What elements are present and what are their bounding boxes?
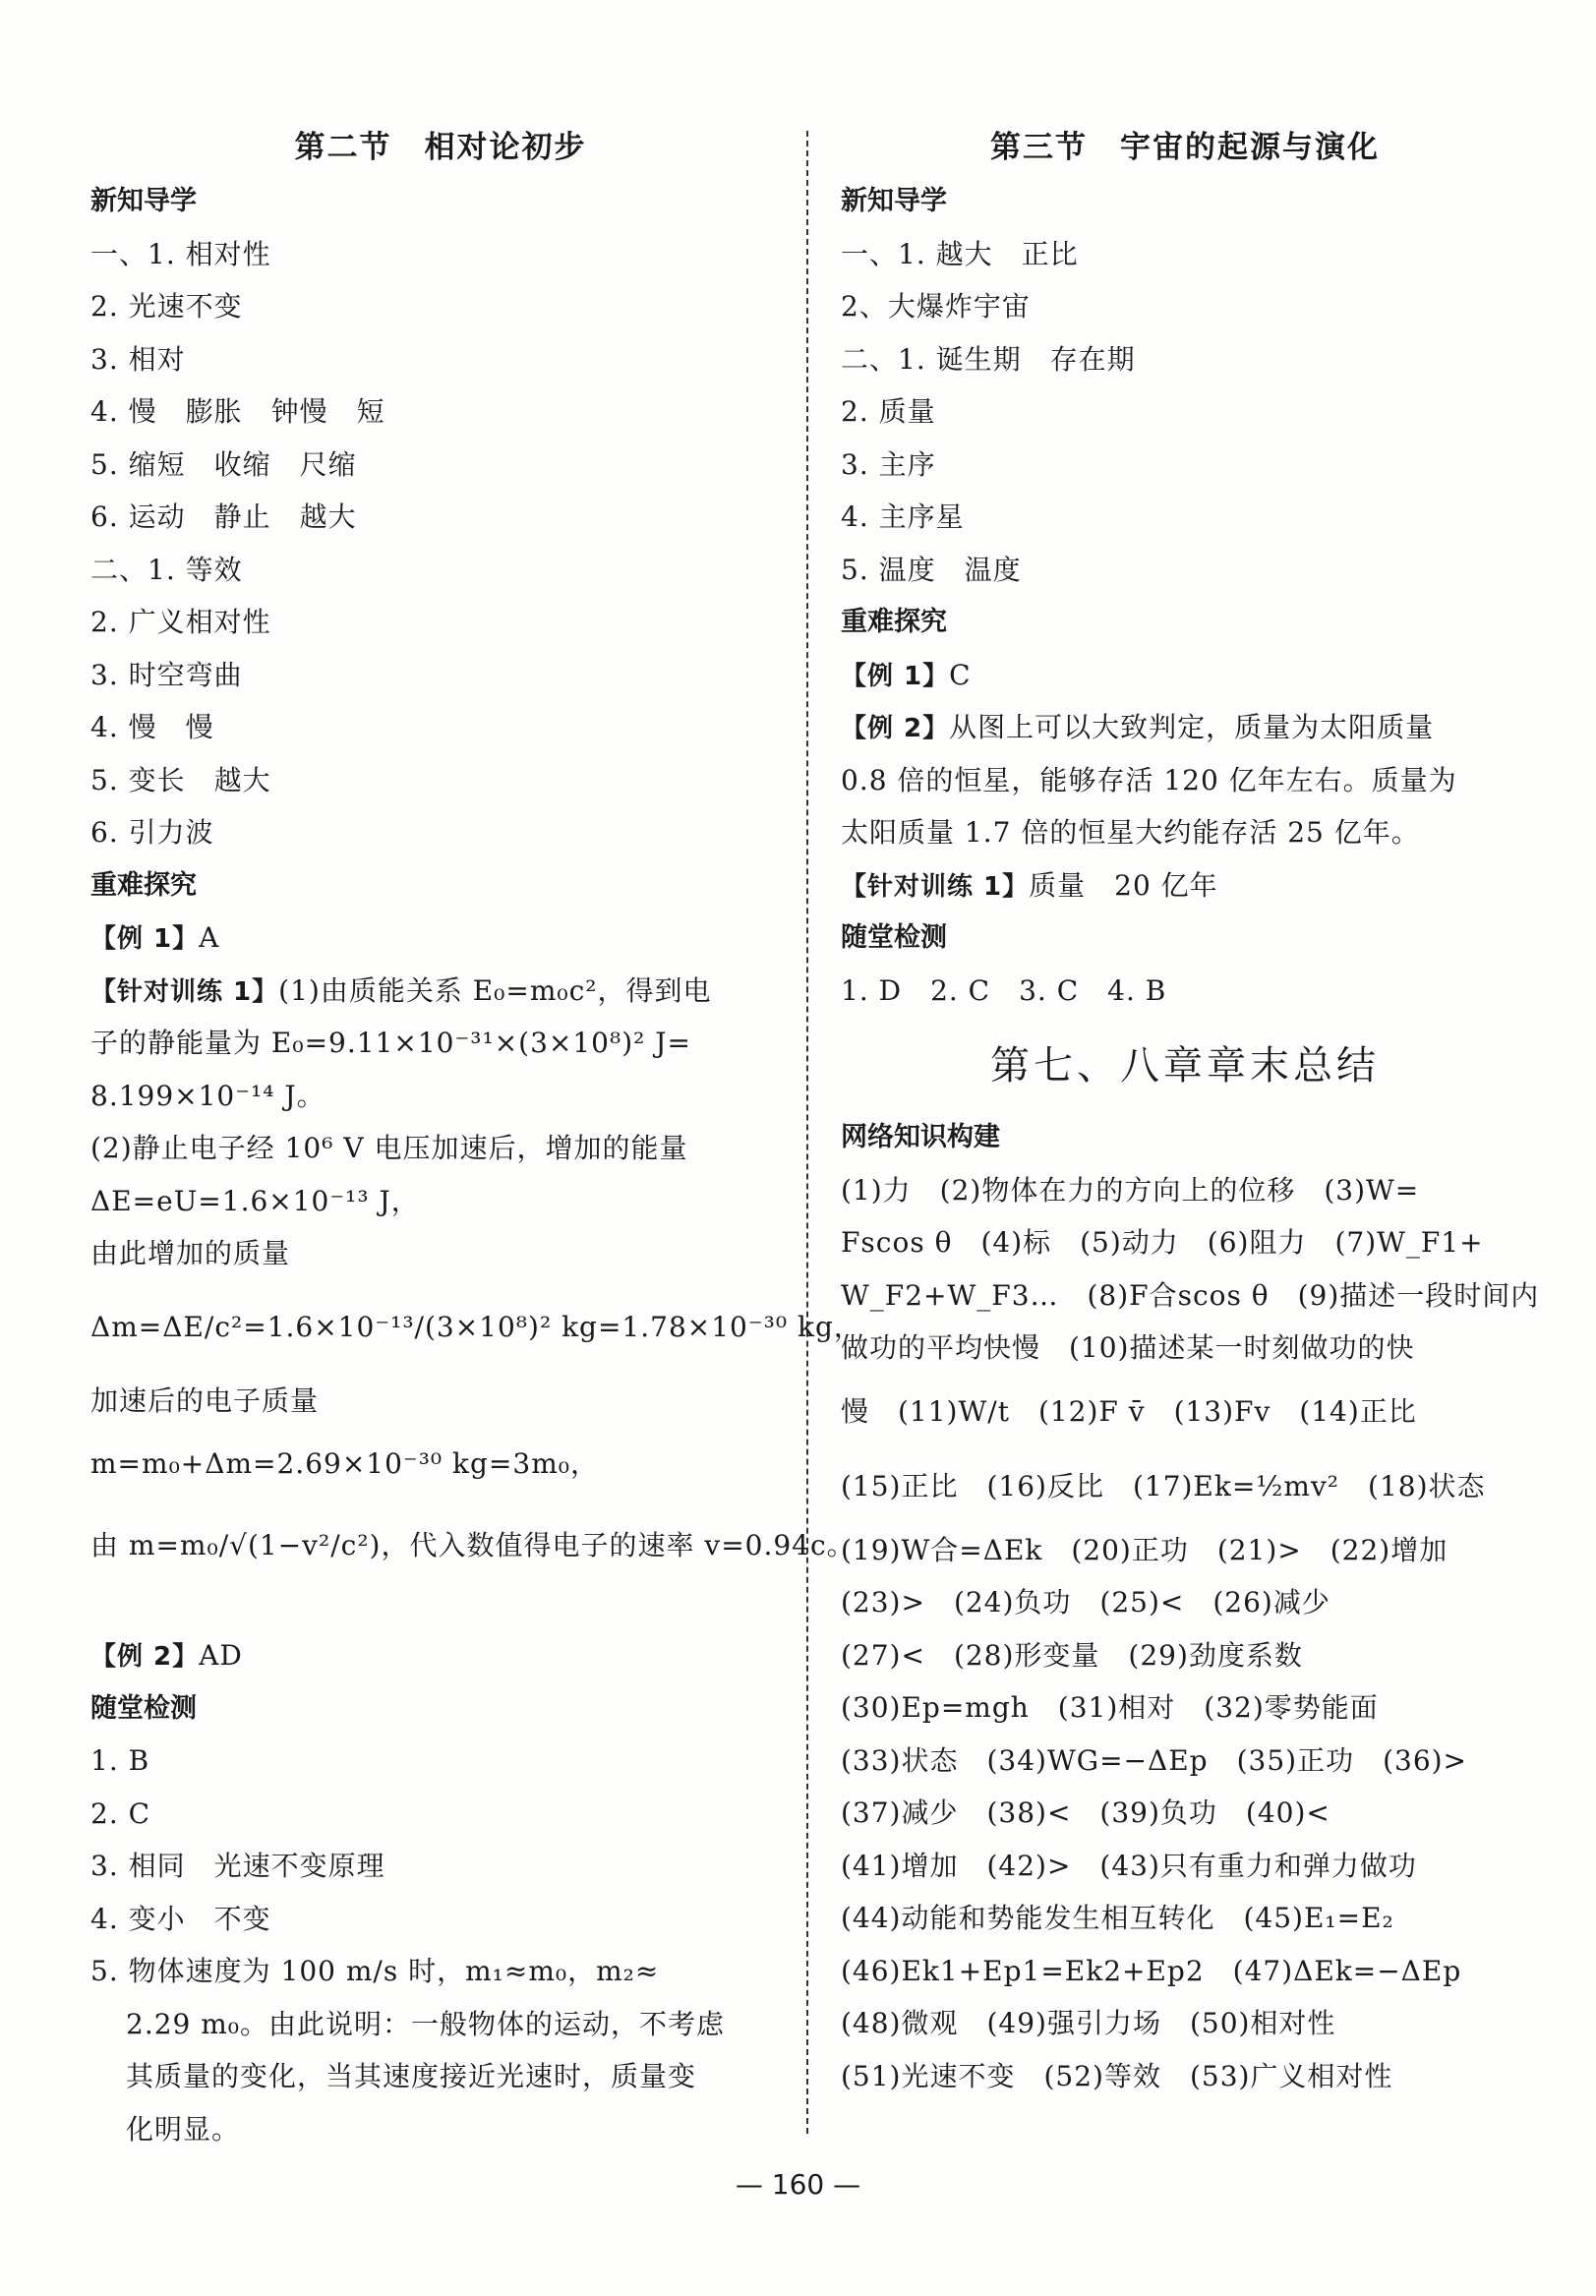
answer-line: 二、1. 等效	[90, 544, 791, 597]
network-line: (46)Ek1+Ep1=Ek2+Ep2 (47)ΔEk=−ΔEp	[841, 1945, 1529, 1998]
answer-line: 2. 广义相对性	[90, 596, 791, 649]
page-number: — 160 —	[0, 2168, 1596, 2201]
network-line: (19)W合=ΔEk (20)正功 (21)> (22)增加	[841, 1524, 1529, 1577]
quiz-answer-5-cont: 2.29 m₀。由此说明：一般物体的运动，不考虑	[90, 1998, 791, 2051]
network-line: Fscos θ (4)标 (5)动力 (6)阻力 (7)W_F1+	[841, 1216, 1529, 1269]
answer-line: 一、1. 越大 正比	[841, 228, 1529, 281]
quiz-answer-5-cont: 其质量的变化，当其速度接近光速时，质量变	[90, 2050, 791, 2103]
example-tag: 【例 1】	[841, 662, 949, 691]
answer-line: 3. 主序	[841, 439, 1529, 492]
answer-line: 5. 变长 越大	[90, 754, 791, 807]
network-line: (48)微观 (49)强引力场 (50)相对性	[841, 1997, 1529, 2050]
example-tag: 【例 2】	[841, 714, 949, 743]
chapter-title: 第七、八章章末总结	[841, 1017, 1529, 1097]
example-2: 【例 2】从图上可以大致判定，质量为太阳质量	[841, 701, 1529, 754]
quiz-answers: 1. D 2. C 3. C 4. B	[841, 965, 1529, 1018]
training-tag: 【针对训练 1】	[841, 872, 1029, 902]
answer-line: 6. 引力波	[90, 806, 791, 859]
example-text: 0.8 倍的恒星，能够存活 120 亿年左右。质量为	[841, 754, 1529, 807]
example-1: 【例 1】C	[841, 649, 1529, 702]
network-line: (33)状态 (34)WG=−ΔEp (35)正功 (36)>	[841, 1735, 1529, 1788]
training-text: 8.199×10⁻¹⁴ J。	[90, 1070, 791, 1123]
answer-line: 5. 温度 温度	[841, 544, 1529, 597]
network-line: (41)增加 (42)> (43)只有重力和弹力做功	[841, 1840, 1529, 1893]
heading-zhongnan: 重难探究	[841, 596, 1529, 649]
formula-velocity: 由 m=m₀/√(1−v²/c²)，代入数值得电子的速率 v=0.94c。	[90, 1501, 791, 1629]
answer-line: 3. 时空弯曲	[90, 649, 791, 702]
network-line: (15)正比 (16)反比 (17)Ek=½mv² (18)状态	[841, 1449, 1529, 1524]
network-line: (30)Ep=mgh (31)相对 (32)零势能面	[841, 1681, 1529, 1735]
network-line: (51)光速不变 (52)等效 (53)广义相对性	[841, 2050, 1529, 2103]
heading-xinzhi: 新知导学	[90, 175, 791, 228]
heading-suitang: 随堂检测	[90, 1682, 791, 1736]
training-text: 由此增加的质量	[90, 1227, 791, 1280]
quiz-answer: 4. 变小 不变	[90, 1893, 791, 1946]
answer-line: 4. 主序星	[841, 491, 1529, 544]
answer-line: 3. 相对	[90, 333, 791, 386]
quiz-answer: 3. 相同 光速不变原理	[90, 1840, 791, 1893]
quiz-answer-5: 5. 物体速度为 100 m/s 时，m₁≈m₀，m₂≈	[90, 1945, 791, 1998]
heading-suitang: 随堂检测	[841, 912, 1529, 965]
training-text: (2)静止电子经 10⁶ V 电压加速后，增加的能量	[90, 1122, 791, 1175]
training-tag: 【针对训练 1】	[90, 977, 278, 1007]
answer-line: 6. 运动 静止 越大	[90, 491, 791, 544]
answer-line: 2. 光速不变	[90, 280, 791, 333]
section-title: 第三节 宇宙的起源与演化	[841, 120, 1529, 175]
answer-line: 4. 慢 慢	[90, 701, 791, 754]
answer-line: 一、1. 相对性	[90, 228, 791, 281]
training-1: 【针对训练 1】质量 20 亿年	[841, 859, 1529, 913]
column-divider	[806, 131, 808, 2134]
network-line: (23)> (24)负功 (25)< (26)减少	[841, 1576, 1529, 1629]
training-text: 加速后的电子质量	[90, 1375, 791, 1428]
heading-zhongnan: 重难探究	[90, 859, 791, 913]
network-line: (1)力 (2)物体在力的方向上的位移 (3)W=	[841, 1164, 1529, 1217]
training-1-line: 【针对训练 1】(1)由质能关系 E₀=m₀c²，得到电	[90, 965, 791, 1018]
network-line: 慢 (11)W/t (12)F v̄ (13)Fv (14)正比	[841, 1375, 1529, 1449]
network-line: W_F2+W_F3… (8)F合scos θ (9)描述一段时间内	[841, 1269, 1529, 1323]
example-tag: 【例 2】	[90, 1642, 199, 1672]
network-line: (44)动能和势能发生相互转化 (45)E₁=E₂	[841, 1892, 1529, 1945]
example-answer: C	[949, 659, 971, 691]
right-column: 第三节 宇宙的起源与演化 新知导学 一、1. 越大 正比 2、大爆炸宇宙 二、1…	[841, 120, 1529, 2102]
network-line: (27)< (28)形变量 (29)劲度系数	[841, 1629, 1529, 1682]
training-text: (1)由质能关系 E₀=m₀c²，得到电	[278, 974, 711, 1007]
answer-line: 二、1. 诞生期 存在期	[841, 333, 1529, 386]
heading-network: 网络知识构建	[841, 1111, 1529, 1164]
answer-line: 2、大爆炸宇宙	[841, 280, 1529, 333]
answer-line: 5. 缩短 收缩 尺缩	[90, 439, 791, 492]
formula-mass: m=m₀+Δm=2.69×10⁻³⁰ kg=3m₀，	[90, 1427, 791, 1501]
example-2: 【例 2】AD	[90, 1629, 791, 1682]
example-1: 【例 1】A	[90, 912, 791, 965]
heading-xinzhi: 新知导学	[841, 175, 1529, 228]
formula-delta-m: Δm=ΔE/c²=1.6×10⁻¹³/(3×10⁸)² kg=1.78×10⁻³…	[90, 1280, 791, 1375]
example-answer: AD	[199, 1639, 243, 1672]
example-answer: A	[199, 921, 219, 954]
training-text: 子的静能量为 E₀=9.11×10⁻³¹×(3×10⁸)² J=	[90, 1017, 791, 1070]
example-text: 从图上可以大致判定，质量为太阳质量	[949, 711, 1434, 743]
example-tag: 【例 1】	[90, 924, 199, 954]
left-column: 第二节 相对论初步 新知导学 一、1. 相对性 2. 光速不变 3. 相对 4.…	[90, 120, 791, 2155]
section-title: 第二节 相对论初步	[90, 120, 791, 175]
answer-line: 2. 质量	[841, 385, 1529, 439]
quiz-answer: 2. C	[90, 1788, 791, 1841]
network-line: (37)减少 (38)< (39)负功 (40)<	[841, 1787, 1529, 1840]
quiz-answer: 1. B	[90, 1735, 791, 1788]
quiz-answer-5-cont: 化明显。	[90, 2103, 791, 2156]
example-text: 太阳质量 1.7 倍的恒星大约能存活 25 亿年。	[841, 806, 1529, 859]
training-text: ΔE=eU=1.6×10⁻¹³ J，	[90, 1175, 791, 1228]
training-answer: 质量 20 亿年	[1029, 869, 1218, 902]
answer-line: 4. 慢 膨胀 钟慢 短	[90, 385, 791, 439]
network-line: 做功的平均快慢 (10)描述某一时刻做功的快	[841, 1322, 1529, 1375]
